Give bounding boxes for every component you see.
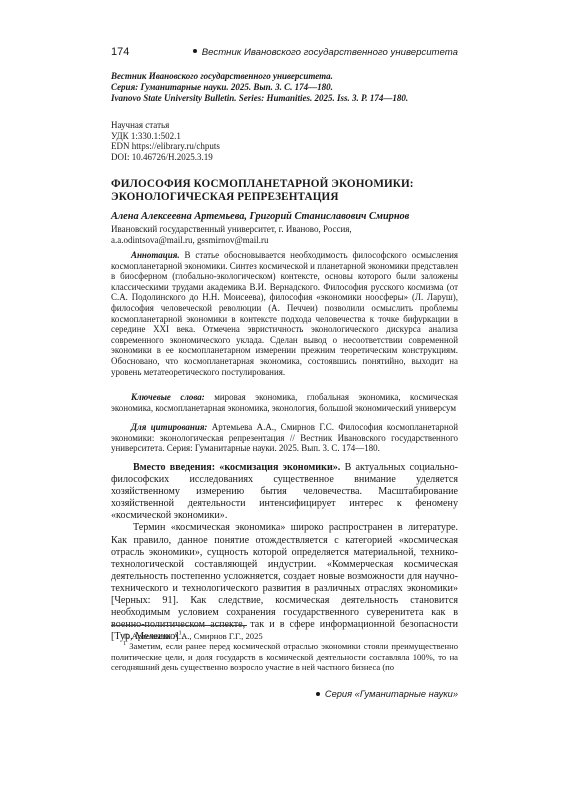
page-number: 174 — [111, 46, 129, 58]
paragraph: Вместо введения: «космизация экономики».… — [111, 462, 458, 522]
keywords-label: Ключевые слова: — [131, 392, 205, 402]
running-foot: Серия «Гуманитарные науки» — [316, 689, 458, 699]
article-title: ФИЛОСОФИЯ КОСМОПЛАНЕТАРНОЙ ЭКОНОМИКИ: ЭК… — [111, 178, 458, 204]
citation-line: Серия: Гуманитарные науки. 2025. Вып. 3.… — [111, 82, 458, 93]
footnotes: © Артемьева А.А., Смирнов Г.Г., 2025 1 З… — [111, 631, 458, 673]
affiliation: Ивановский государственный университет, … — [111, 224, 352, 245]
running-head: 174 Вестник Ивановского государственного… — [111, 46, 458, 60]
footnote-1: 1 Заметим, если ранее перед космической … — [111, 641, 458, 672]
how-to-cite: Для цитирования: Артемьева А.А., Смирнов… — [111, 422, 458, 454]
running-head-journal: Вестник Ивановского государственного уни… — [193, 47, 458, 58]
copyright-line: © Артемьева А.А., Смирнов Г.Г., 2025 — [111, 631, 458, 641]
citation-line: Вестник Ивановского государственного уни… — [111, 71, 458, 82]
article-type: Научная статья — [111, 120, 220, 131]
footnote-divider — [111, 625, 247, 626]
section-heading: Вместо введения: «космизация экономики». — [133, 462, 340, 473]
citation-line: Ivanovo State University Bulletin. Serie… — [111, 93, 458, 104]
body-text: Вместо введения: «космизация экономики».… — [111, 462, 458, 643]
bullet-icon — [193, 49, 197, 53]
cite-label: Для цитирования: — [131, 422, 207, 432]
udc-code: УДК 1:330.1:502.1 — [111, 131, 220, 142]
abstract-label: Аннотация. — [131, 250, 180, 260]
affiliation-org: Ивановский государственный университет, … — [111, 224, 352, 235]
authors: Алена Алексеевна Артемьева, Григорий Ста… — [111, 211, 409, 223]
bullet-icon — [316, 692, 320, 696]
abstract: Аннотация. В статье обосновывается необх… — [111, 250, 458, 377]
abstract-text: В статье обосновывается необходимость фи… — [111, 250, 458, 377]
edn-link[interactable]: EDN https://elibrary.ru/chputs — [111, 141, 220, 152]
author-emails[interactable]: a.a.odintsova@mail.ru, gssmirnov@mail.ru — [111, 235, 352, 246]
doi-link[interactable]: DOI: 10.46726/H.2025.3.19 — [111, 152, 220, 163]
keywords: Ключевые слова: мировая экономика, глоба… — [111, 392, 458, 413]
article-meta: Научная статья УДК 1:330.1:502.1 EDN htt… — [111, 120, 220, 162]
citation-header: Вестник Ивановского государственного уни… — [111, 71, 458, 105]
